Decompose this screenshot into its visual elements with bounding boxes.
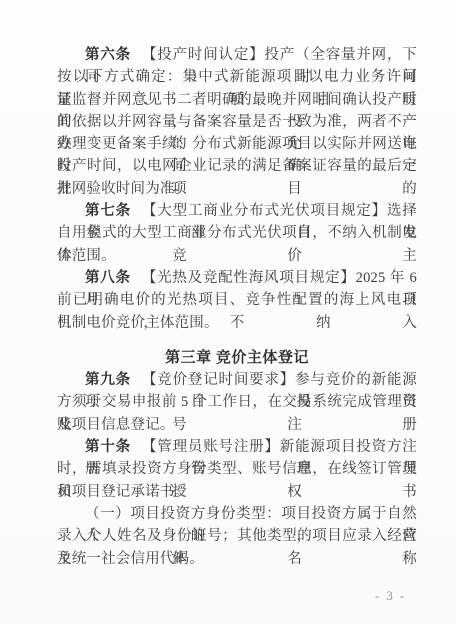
- text-segment: 并网验收时间为准。: [57, 181, 189, 197]
- article-label: 【大型工商业分布式光伏项目规定】: [142, 203, 387, 219]
- article-number: 第九条: [85, 372, 131, 388]
- article-label: 【光热及竞配性海风项目规定】: [142, 270, 356, 286]
- text-line: 第七条【大型工商业分布式光伏项目规定】选择全部自发: [57, 200, 417, 222]
- text-line: 方须于交易申报前 5 个工作日，在交易系统完成管理员账号注册: [57, 391, 417, 413]
- document-page: 第六条【投产时间认定】投产（全容量并网，下同）时间按以下方式确定：集中式新能源项…: [0, 0, 456, 624]
- text-line: 办理变更备案手续；分布式新能源项目以实际并网送电时间确定: [57, 133, 417, 155]
- article-number: 第六条: [85, 47, 131, 63]
- text-line: 的依据以并网容量与备案容量是否一致为准，两者不一致的允许: [57, 111, 417, 133]
- text-line: 第六条【投产时间认定】投产（全容量并网，下同）时间: [57, 44, 417, 66]
- text-line: 自用模式的大型工商业分布式光伏项目，不纳入机制电价竞价主: [57, 222, 417, 244]
- text-line: 量监督并网意见书二者明确的最晚并网时间确认投产时间，投产: [57, 89, 417, 111]
- page-number: - 3 -: [375, 589, 406, 604]
- article-label: 【竞价登记时间要求】: [142, 372, 295, 388]
- text-line: 录入个人姓名及身份证号；其他类型的项目应录入经营主体名称: [57, 525, 417, 547]
- text-segment: 和项目登记承诺书。: [57, 484, 189, 500]
- text-line: 时，需填录投资方身份类型、账号信息，在线签订管理员授权书: [57, 458, 417, 480]
- text-line: 按以下方式确定：集中式新能源项目以电力业务许可证、项目质: [57, 66, 417, 88]
- text-segment: 机制电价竞价主体范围。: [57, 315, 219, 331]
- text-segment: 体范围。: [57, 248, 116, 264]
- article-number: 第八条: [85, 270, 131, 286]
- text-line: 投产时间，以电网企业记录的满足备案证容量的最后一批项目的: [57, 155, 417, 177]
- text-line: 第九条【竞价登记时间要求】参与竞价的新能源项目投资: [57, 369, 417, 391]
- article-label: 【管理员账号注册】: [142, 439, 280, 455]
- article-number: 第十条: [85, 439, 131, 455]
- text-line: 前已明确电价的光热项目、竞争性配置的海上风电项目，不纳入: [57, 289, 417, 311]
- chapter-heading: 第三章 竞价主体登记: [57, 347, 417, 369]
- document-body: 第六条【投产时间认定】投产（全容量并网，下同）时间按以下方式确定：集中式新能源项…: [57, 44, 417, 570]
- text-segment: 及项目信息登记。: [57, 417, 175, 433]
- article-number: 第七条: [85, 203, 131, 219]
- text-segment: 及统一社会信用代码。: [57, 551, 204, 567]
- article-label: 【投产时间认定】: [142, 47, 265, 63]
- text-line: 第十条【管理员账号注册】新能源项目投资方注册管理员: [57, 436, 417, 458]
- text-line: 第八条【光热及竞配性海风项目规定】2025 年 6 月 1 日: [57, 267, 417, 289]
- text-line: （一）项目投资方身份类型：项目投资方属于自然人的，应: [57, 503, 417, 525]
